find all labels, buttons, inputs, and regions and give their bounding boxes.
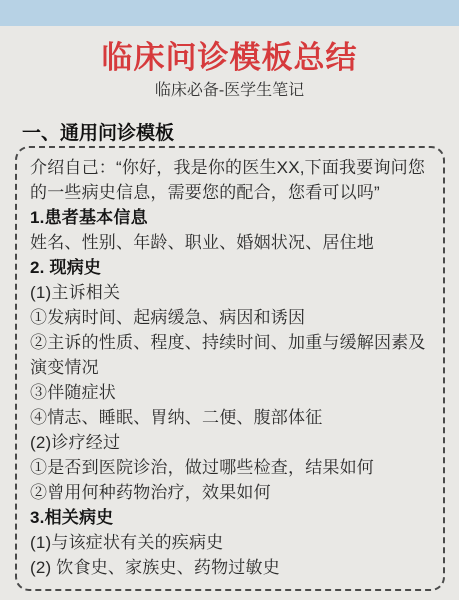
top-accent-bar xyxy=(0,0,459,26)
template-box-line: ④情志、睡眠、胃纳、二便、腹部体征 xyxy=(30,405,430,430)
template-box-line: ①是否到医院诊治，做过哪些检查，结果如何 xyxy=(30,455,430,480)
template-box-line: (2) 饮食史、家族史、药物过敏史 xyxy=(30,555,430,580)
template-box-line: 介绍自己：“你好，我是你的医生XX,下面我要询问您的一些病史信息，需要您的配合，… xyxy=(30,155,430,205)
template-box-line: 1.患者基本信息 xyxy=(30,205,430,230)
template-box-line: ②主诉的性质、程度、持续时间、加重与缓解因素及演变情况 xyxy=(30,330,430,380)
template-box: 介绍自己：“你好，我是你的医生XX,下面我要询问您的一些病史信息，需要您的配合，… xyxy=(15,146,445,591)
template-box-line: (1)与该症状有关的疾病史 xyxy=(30,530,430,555)
template-box-line: ①发病时间、起病缓急、病因和诱因 xyxy=(30,305,430,330)
page-subtitle: 临床必备-医学生笔记 xyxy=(0,80,459,102)
template-box-line: 3.相关病史 xyxy=(30,505,430,530)
template-box-line: 2. 现病史 xyxy=(30,255,430,280)
page-title: 临床问诊模板总结 xyxy=(0,38,459,78)
section-heading: 一、通用问诊模板 xyxy=(22,118,459,145)
template-box-line: (2)诊疗经过 xyxy=(30,430,430,455)
template-box-line: 姓名、性别、年龄、职业、婚姻状况、居住地 xyxy=(30,230,430,255)
template-box-line: (1)主诉相关 xyxy=(30,280,430,305)
template-box-line: ③伴随症状 xyxy=(30,380,430,405)
template-box-line: ②曾用何种药物治疗，效果如何 xyxy=(30,480,430,505)
